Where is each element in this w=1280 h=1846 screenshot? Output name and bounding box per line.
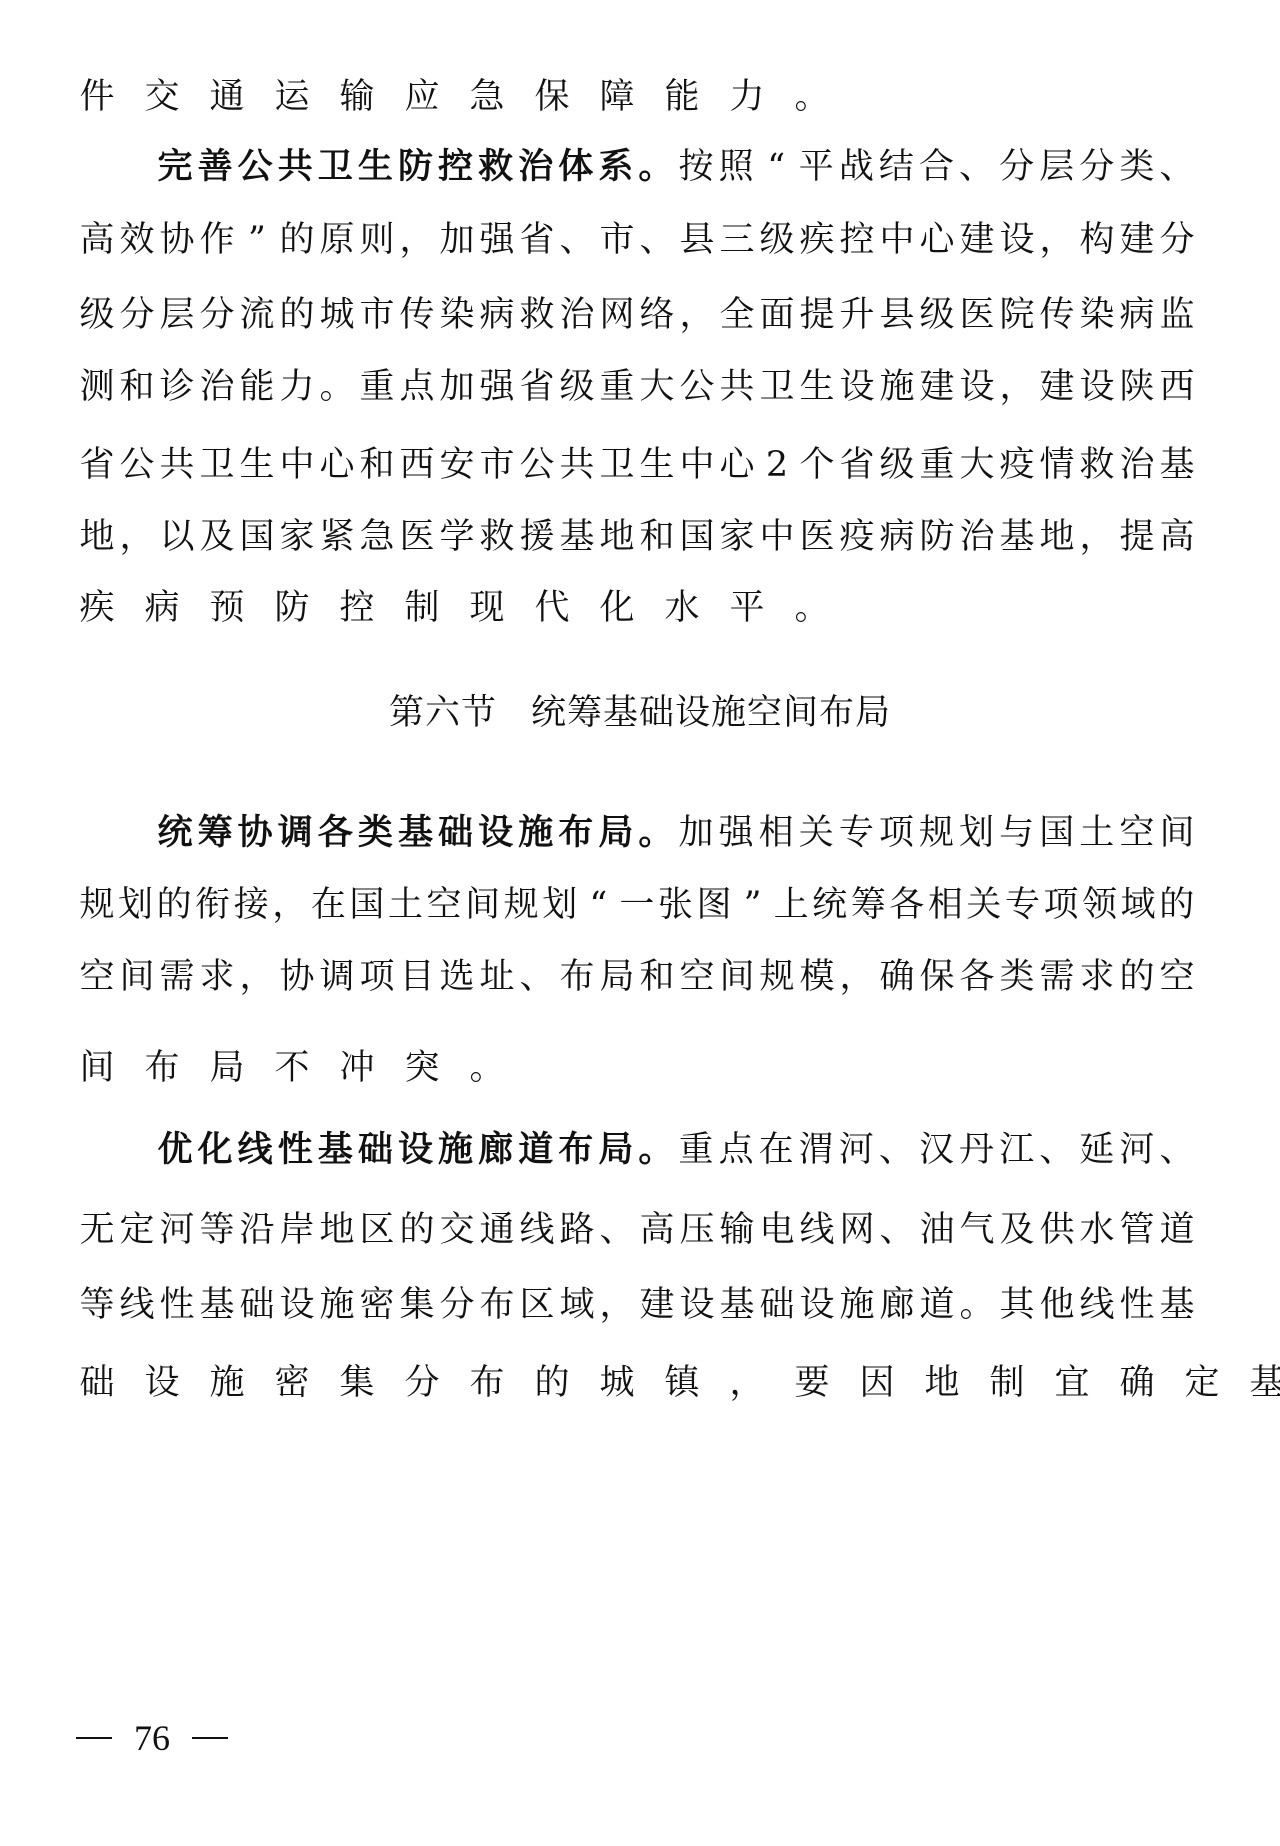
text-char: 丹 — [959, 1126, 995, 1174]
text-char: 空 — [426, 881, 462, 929]
bold-heading-char: 局 — [598, 1126, 634, 1174]
text-char: 安 — [439, 441, 475, 489]
text-char: 城 — [319, 291, 355, 339]
text-char: 监 — [1159, 291, 1195, 339]
text-char: 级 — [559, 363, 595, 411]
text-char: 规 — [759, 953, 795, 1001]
text-char: 定 — [119, 1206, 155, 1254]
text-char: 集 — [339, 1359, 375, 1407]
text-char: 大 — [959, 441, 995, 489]
text-char: 共 — [559, 441, 595, 489]
text-char: 生 — [239, 441, 275, 489]
bold-heading-char: 道 — [518, 1126, 554, 1174]
bold-heading-char: 善 — [197, 143, 233, 191]
text-char: 战 — [838, 143, 874, 191]
text-char: 输 — [719, 1206, 755, 1254]
text-char: 他 — [1039, 1281, 1075, 1329]
text-char: 间 — [1159, 809, 1195, 857]
text-char: 管 — [1119, 1206, 1155, 1254]
text-char: 县 — [879, 291, 915, 339]
text-char: 址 — [479, 953, 515, 1001]
text-char: ， — [729, 1359, 765, 1407]
section-number: 第六节 — [389, 693, 497, 733]
text-char: 运 — [274, 73, 310, 121]
text-char: 传 — [399, 291, 435, 339]
text-char: 西 — [1159, 363, 1195, 411]
text-char: 医 — [799, 513, 835, 561]
text-char: 河 — [1119, 1126, 1155, 1174]
text-char: ， — [399, 216, 435, 264]
text-char: 高 — [639, 1206, 675, 1254]
text-char: 领 — [1082, 881, 1118, 929]
text-char: 心 — [719, 441, 755, 489]
text-char: 预 — [209, 584, 245, 632]
page-number: 76 — [134, 1717, 170, 1759]
text-char: 分 — [439, 1281, 475, 1329]
bold-heading-char: 救 — [478, 143, 514, 191]
text-char: 因 — [859, 1359, 895, 1407]
text-char: 空 — [679, 953, 715, 1001]
text-char: 平 — [729, 584, 765, 632]
text-char: 医 — [959, 291, 995, 339]
text-char: 设 — [999, 216, 1035, 264]
paragraph-line: 测和诊治能力。重点加强省级重大公共卫生设施建设，建设陕西 — [79, 363, 1195, 411]
text-char: 筹 — [850, 881, 886, 929]
text-char: 防 — [274, 584, 310, 632]
text-char: 强 — [718, 809, 754, 857]
text-char: 基 — [559, 513, 595, 561]
text-char: 救 — [479, 513, 515, 561]
text-char: 划 — [118, 881, 154, 929]
text-char: 基 — [1159, 441, 1195, 489]
text-char: 供 — [1039, 1206, 1075, 1254]
text-char: 测 — [79, 363, 115, 411]
text-char: 合 — [918, 143, 954, 191]
text-char: 省 — [519, 216, 555, 264]
text-char: 区 — [519, 1281, 555, 1329]
text-char: 渭 — [798, 1126, 834, 1174]
section-title-text: 统筹基础设施空间布局 — [531, 693, 891, 733]
text-char: 性 — [1119, 1281, 1155, 1329]
text-char: 及 — [999, 1206, 1035, 1254]
text-char: 分 — [999, 143, 1035, 191]
text-char: 求 — [199, 953, 235, 1001]
text-char: 病 — [1119, 291, 1155, 339]
text-char: 冲 — [339, 1044, 375, 1092]
text-char: 地 — [319, 1206, 355, 1254]
paragraph-line: 地，以及国家紧急医学救援基地和国家中医疫病防治基地，提高 — [79, 513, 1195, 561]
text-char: 和 — [119, 363, 155, 411]
text-char: 级 — [79, 291, 115, 339]
text-char: 、 — [1159, 1126, 1195, 1174]
text-char: 、 — [959, 143, 995, 191]
paragraph-line: 高效协作”的原则，加强省、市、县三级疾控中心建设，构建分 — [79, 216, 1195, 264]
text-char: 布 — [144, 1044, 180, 1092]
paragraph-line: 省公共卫生中心和西安市公共卫生中心2个省级重大疫情救治基 — [79, 441, 1195, 489]
text-char: ， — [272, 881, 308, 929]
text-char: 。 — [794, 584, 830, 632]
text-char: 照 — [718, 143, 754, 191]
text-char: 线 — [1079, 1281, 1115, 1329]
text-char: ， — [839, 953, 875, 1001]
section-heading: 第六节统筹基础设施空间布局 — [0, 688, 1280, 738]
bold-heading-char: 础 — [438, 809, 474, 857]
document-page: 件交通运输应急保障能力。完善公共卫生防控救治体系。按照“平战结合、分层分类、高效… — [0, 0, 1280, 1846]
text-char: 划 — [542, 881, 578, 929]
text-char: 生 — [639, 441, 675, 489]
text-char: 情 — [1039, 441, 1075, 489]
text-char: 求 — [1079, 953, 1115, 1001]
text-char: 突 — [404, 1044, 440, 1092]
text-char: 地 — [924, 1359, 960, 1407]
text-char: 代 — [534, 584, 570, 632]
text-char: 强 — [479, 216, 515, 264]
text-char: 水 — [1079, 1206, 1115, 1254]
text-char: 、 — [599, 1206, 635, 1254]
bold-heading-char: 布 — [558, 1126, 594, 1174]
text-char: ， — [239, 953, 275, 1001]
text-char: 诊 — [159, 363, 195, 411]
text-char: 卫 — [599, 441, 635, 489]
text-char: 域 — [1120, 881, 1156, 929]
text-char: 中 — [679, 441, 715, 489]
text-char: 市 — [599, 216, 635, 264]
text-char: 区 — [359, 1206, 395, 1254]
text-char: 协 — [279, 953, 315, 1001]
text-char: 治 — [1119, 441, 1155, 489]
text-char: 各 — [959, 953, 995, 1001]
text-char: 共 — [159, 441, 195, 489]
text-char: 救 — [1079, 441, 1115, 489]
text-char: 急 — [469, 73, 505, 121]
text-char: 分 — [1159, 216, 1195, 264]
paragraph-line: 间布局不冲突。 — [79, 1044, 1195, 1092]
text-char: 道 — [1159, 1206, 1195, 1254]
text-char: 规 — [503, 881, 539, 929]
text-char: 治 — [199, 363, 235, 411]
text-char: 建 — [639, 1281, 675, 1329]
text-char: 确 — [879, 953, 915, 1001]
bold-heading-char: 布 — [558, 809, 594, 857]
bold-heading-char: 系 — [598, 143, 634, 191]
text-char: 紧 — [319, 513, 355, 561]
text-char: 衔 — [195, 881, 231, 929]
text-char: 密 — [274, 1359, 310, 1407]
text-char: 强 — [479, 363, 515, 411]
text-char: 络 — [639, 291, 675, 339]
text-char: 电 — [759, 1206, 795, 1254]
text-char: 救 — [519, 291, 555, 339]
text-char: 市 — [359, 291, 395, 339]
bold-heading-char: 化 — [197, 1126, 233, 1174]
text-char: 镇 — [664, 1359, 700, 1407]
text-char: 础 — [79, 1359, 115, 1407]
bold-heading-char: 公 — [237, 143, 273, 191]
text-char: “ — [758, 143, 794, 191]
text-char: 设 — [279, 1281, 315, 1329]
text-char: 病 — [479, 291, 515, 339]
text-char: 等 — [79, 1281, 115, 1329]
text-char: 现 — [469, 584, 505, 632]
bold-heading-char: 设 — [478, 809, 514, 857]
text-char: 县 — [679, 216, 715, 264]
text-char: 施 — [839, 1281, 875, 1329]
text-char: 升 — [839, 291, 875, 339]
text-char: 域 — [559, 1281, 595, 1329]
paragraph-line: 空间需求，协调项目选址、布局和空间规模，确保各类需求的空 — [79, 953, 1195, 1001]
text-char: 河 — [838, 1126, 874, 1174]
text-char: 在 — [310, 881, 346, 929]
text-char: 、 — [879, 1206, 915, 1254]
right-dash-decoration — [192, 1737, 228, 1739]
text-char: 的 — [279, 291, 315, 339]
paragraph-lead-line: 完善公共卫生防控救治体系。按照“平战结合、分层分类、 — [157, 143, 1195, 191]
text-char: 公 — [119, 441, 155, 489]
text-char: 施 — [879, 363, 915, 411]
text-char: 重 — [359, 363, 395, 411]
text-char: 等 — [199, 1206, 235, 1254]
text-char: 级 — [919, 291, 955, 339]
text-char: 线 — [799, 1206, 835, 1254]
text-char: 沿 — [239, 1206, 275, 1254]
paragraph-line: 等线性基础设施密集分布区域，建设基础设施廊道。其他线性基 — [79, 1281, 1195, 1329]
text-char: 则 — [359, 216, 395, 264]
paragraph-line: 件交通运输应急保障能力。 — [79, 73, 1195, 121]
text-char: ， — [599, 1281, 635, 1329]
text-char: “ — [580, 881, 616, 929]
text-char: 输 — [339, 73, 375, 121]
paragraph-line: 级分层分流的城市传染病救治网络，全面提升县级医院传染病监 — [79, 291, 1195, 339]
text-char: 。 — [319, 363, 355, 411]
text-char: 施 — [319, 1281, 355, 1329]
text-char: 统 — [812, 881, 848, 929]
text-char: 无 — [79, 1206, 115, 1254]
bold-heading-char: 筹 — [197, 809, 233, 857]
text-char: ， — [1039, 216, 1075, 264]
text-char: 关 — [798, 809, 834, 857]
text-char: 密 — [359, 1281, 395, 1329]
text-char: 和 — [639, 513, 675, 561]
text-char: 疾 — [799, 216, 835, 264]
text-char: 省 — [839, 441, 875, 489]
text-char: 交 — [144, 73, 180, 121]
text-char: 国 — [679, 513, 715, 561]
text-char: 其 — [999, 1281, 1035, 1329]
text-char: 建 — [919, 363, 955, 411]
bold-heading-char: 线 — [237, 1126, 273, 1174]
paragraph-line: 无定河等沿岸地区的交通线路、高压输电线网、油气及供水管道 — [79, 1206, 1195, 1254]
bold-heading-char: 共 — [277, 143, 313, 191]
text-char: 中 — [879, 216, 915, 264]
text-char: 公 — [679, 363, 715, 411]
text-char: 油 — [919, 1206, 955, 1254]
text-char: 流 — [239, 291, 275, 339]
text-char: 间 — [465, 881, 501, 929]
text-char: 。 — [794, 73, 830, 121]
text-char: ， — [679, 291, 715, 339]
text-char: 的 — [279, 216, 315, 264]
bold-heading-char: 基 — [317, 1126, 353, 1174]
text-char: 提 — [799, 291, 835, 339]
text-char: 设 — [679, 1281, 715, 1329]
text-char: 应 — [404, 73, 440, 121]
text-char: 。 — [959, 1281, 995, 1329]
text-char: 、 — [1039, 1126, 1075, 1174]
bold-heading-char: 。 — [638, 1126, 674, 1174]
text-char: 家 — [279, 513, 315, 561]
bold-heading-char: 施 — [518, 809, 554, 857]
text-char: 延 — [1079, 1126, 1115, 1174]
text-char: 水 — [664, 584, 700, 632]
text-char: 设 — [144, 1359, 180, 1407]
text-char: 间 — [719, 953, 755, 1001]
text-char: 通 — [209, 73, 245, 121]
text-char: 确 — [1119, 1359, 1155, 1407]
text-char: 平 — [798, 143, 834, 191]
text-char: 项 — [359, 953, 395, 1001]
text-char: 布 — [559, 953, 595, 1001]
text-char: 。 — [469, 1044, 505, 1092]
text-char: 设 — [1079, 363, 1115, 411]
text-char: 河 — [159, 1206, 195, 1254]
text-char: 制 — [989, 1359, 1025, 1407]
text-char: 中 — [759, 513, 795, 561]
text-char: 大 — [639, 363, 675, 411]
text-char: 规 — [79, 881, 115, 929]
text-char: 疾 — [79, 584, 115, 632]
text-char: 效 — [119, 216, 155, 264]
paragraph-line: 础设施密集分布的城镇，要因地制宜确定基础设施廊道布局。 — [79, 1359, 1195, 1407]
bold-heading-char: 设 — [397, 1126, 433, 1174]
text-char: 、 — [519, 953, 555, 1001]
text-char: 类 — [999, 953, 1035, 1001]
text-char: ” — [239, 216, 275, 264]
text-char: 的 — [156, 881, 192, 929]
text-char: 各 — [889, 881, 925, 929]
text-char: 间 — [119, 953, 155, 1001]
text-char: 布 — [469, 1359, 505, 1407]
text-char: ” — [735, 881, 771, 929]
text-char: 和 — [639, 953, 675, 1001]
text-char: 上 — [773, 881, 809, 929]
bold-heading-char: 施 — [438, 1126, 474, 1174]
text-char: 性 — [159, 1281, 195, 1329]
text-char: 共 — [719, 363, 755, 411]
text-char: 线 — [519, 1206, 555, 1254]
text-char: 土 — [1079, 809, 1115, 857]
text-char: 市 — [479, 441, 515, 489]
text-char: 线 — [119, 1281, 155, 1329]
text-char: 、 — [1159, 143, 1195, 191]
text-char: 传 — [1039, 291, 1075, 339]
paragraph-lead-line: 优化线性基础设施廊道布局。重点在渭河、汉丹江、延河、 — [157, 1126, 1195, 1174]
text-char: 专 — [838, 809, 874, 857]
paragraph-line: 疾病预防控制现代化水平。 — [79, 584, 1195, 632]
text-char: 关 — [966, 881, 1002, 929]
text-char: 卫 — [199, 441, 235, 489]
text-char: 目 — [399, 953, 435, 1001]
text-char: 国 — [349, 881, 385, 929]
text-char: 病 — [144, 584, 180, 632]
text-char: 按 — [678, 143, 714, 191]
text-char: 岸 — [279, 1206, 315, 1254]
text-char: 设 — [839, 363, 875, 411]
text-char: 气 — [959, 1206, 995, 1254]
text-char: 三 — [719, 216, 755, 264]
text-char: 集 — [399, 1281, 435, 1329]
text-char: 基 — [999, 513, 1035, 561]
text-char: 学 — [439, 513, 475, 561]
text-char: 网 — [839, 1206, 875, 1254]
text-char: 协 — [159, 216, 195, 264]
text-char: 化 — [599, 584, 635, 632]
text-char: 控 — [339, 584, 375, 632]
text-char: 在 — [758, 1126, 794, 1174]
text-char: 分 — [1079, 143, 1115, 191]
bold-heading-char: 治 — [518, 143, 554, 191]
text-char: 选 — [439, 953, 475, 1001]
text-char: 、 — [639, 216, 675, 264]
text-char: 提 — [1119, 513, 1155, 561]
text-char: 地 — [1039, 513, 1075, 561]
text-char: 级 — [759, 216, 795, 264]
text-char: 间 — [79, 1044, 115, 1092]
text-char: 网 — [599, 291, 635, 339]
text-char: 卫 — [759, 363, 795, 411]
bold-heading-char: 完 — [157, 143, 193, 191]
text-char: 道 — [919, 1281, 955, 1329]
bold-heading-char: 性 — [277, 1126, 313, 1174]
text-char: 、 — [559, 216, 595, 264]
text-char: 疫 — [999, 441, 1035, 489]
bold-heading-char: 。 — [638, 143, 674, 191]
text-char: 路 — [559, 1206, 595, 1254]
text-char: 项 — [878, 809, 914, 857]
bold-heading-char: 础 — [357, 1126, 393, 1174]
text-char: 原 — [319, 216, 355, 264]
bold-heading-char: 各 — [317, 809, 353, 857]
text-char: 点 — [718, 1126, 754, 1174]
text-char: 图 — [696, 881, 732, 929]
text-char: 能 — [239, 363, 275, 411]
text-char: 重 — [599, 363, 635, 411]
text-char: 的 — [1119, 953, 1155, 1001]
text-char: 地 — [79, 513, 115, 561]
bold-heading-char: 协 — [237, 809, 273, 857]
bold-heading-char: 调 — [277, 809, 313, 857]
text-char: 加 — [678, 809, 714, 857]
text-char: 基 — [1159, 1281, 1195, 1329]
text-char: 需 — [1039, 953, 1075, 1001]
text-char: 中 — [279, 441, 315, 489]
page-footer: 76 — [76, 1716, 228, 1760]
text-char: 分 — [404, 1359, 440, 1407]
text-char: 陕 — [1119, 363, 1155, 411]
text-char: 2 — [759, 441, 795, 489]
text-char: 压 — [679, 1206, 715, 1254]
text-char: 全 — [719, 291, 755, 339]
text-char: 点 — [399, 363, 435, 411]
text-char: 建 — [1039, 363, 1075, 411]
text-char: 面 — [759, 291, 795, 339]
text-char: ， — [999, 363, 1035, 411]
text-char: 模 — [799, 953, 835, 1001]
text-char: 省 — [79, 441, 115, 489]
text-char: 的 — [1159, 881, 1195, 929]
text-char: 染 — [1079, 291, 1115, 339]
text-char: 项 — [1043, 881, 1079, 929]
text-char: 级 — [879, 441, 915, 489]
